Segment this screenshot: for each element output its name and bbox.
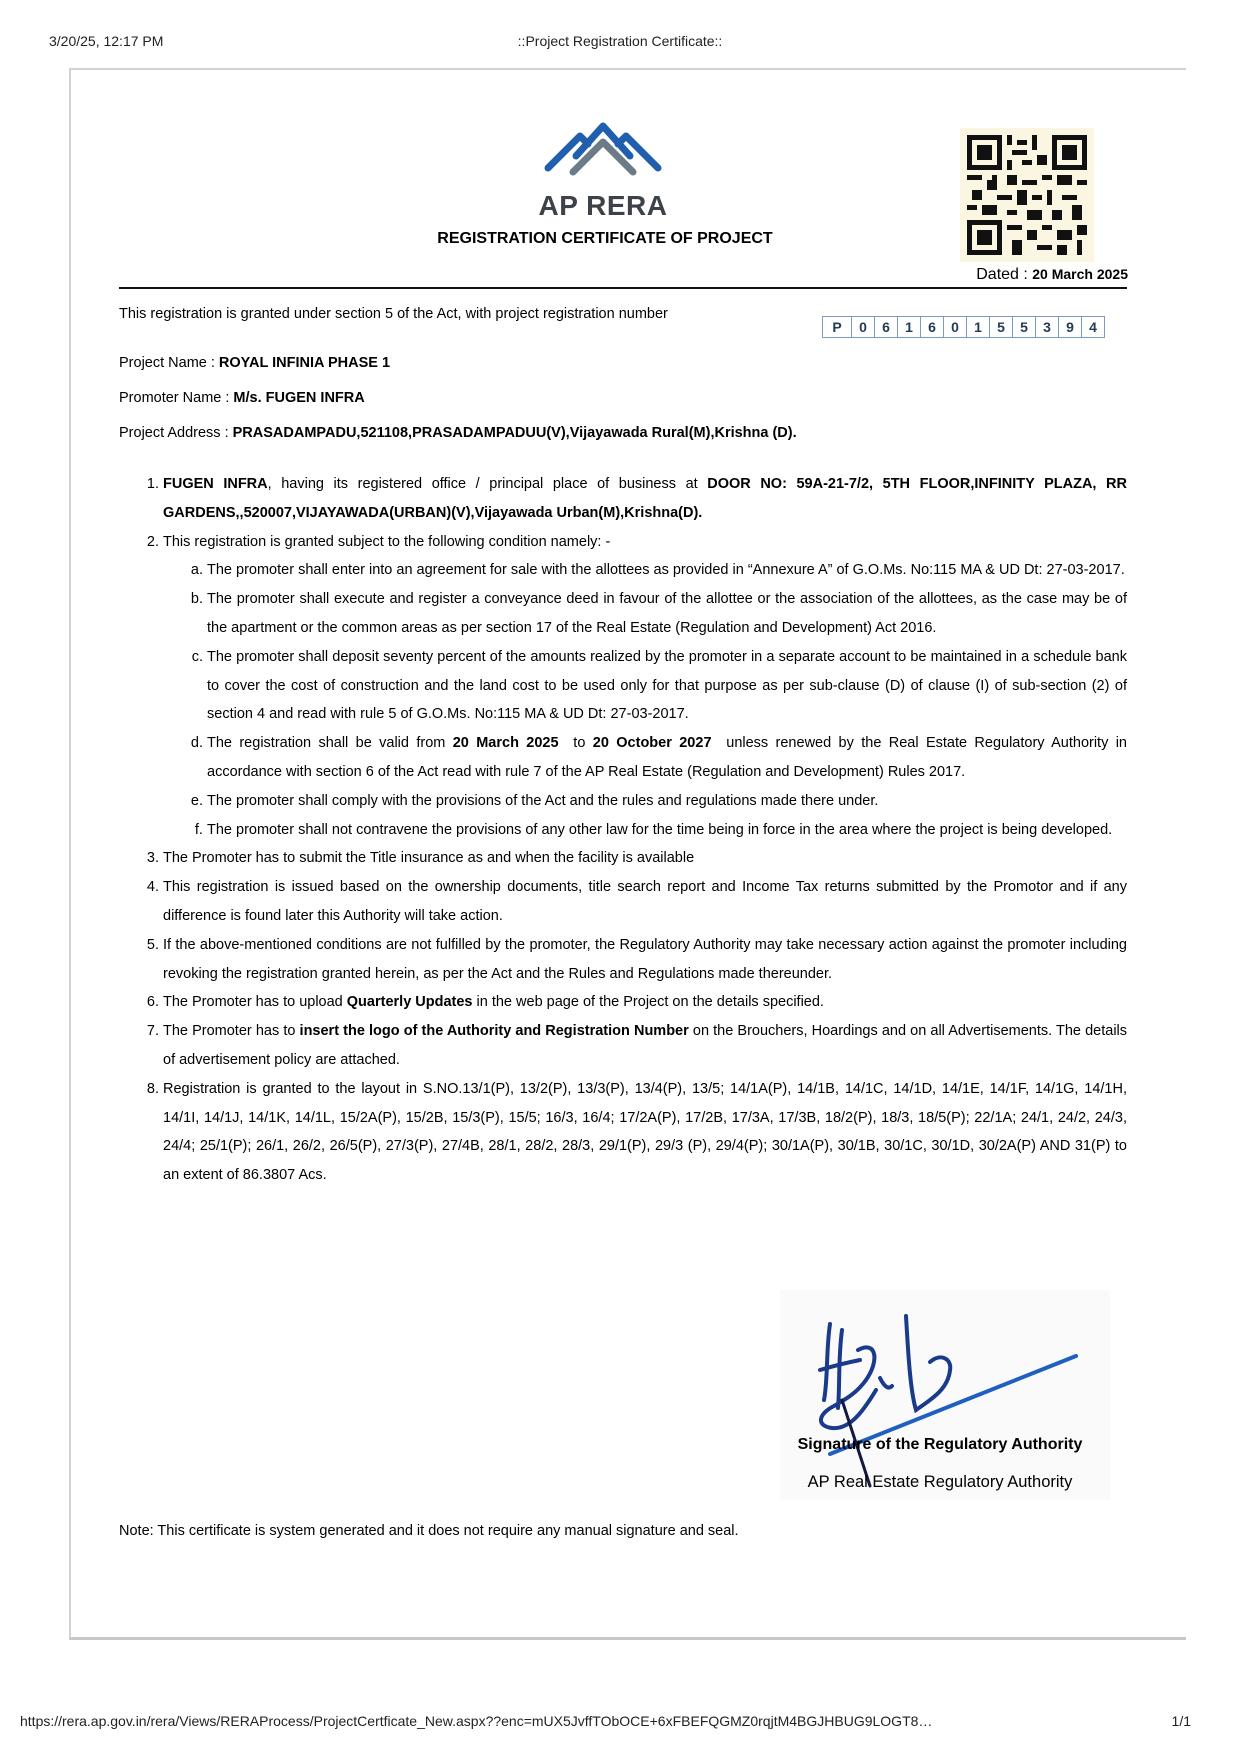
registration-number-char: 6 xyxy=(875,317,898,337)
condition-2c: The promoter shall deposit seventy perce… xyxy=(207,643,1127,729)
registration-number-char: 5 xyxy=(990,317,1013,337)
project-address-value: PRASADAMPADU,521108,PRASADAMPADUU(V),Vij… xyxy=(233,425,797,441)
page-number: 1/1 xyxy=(1172,1713,1191,1729)
condition-5: If the above-mentioned conditions are no… xyxy=(163,931,1127,989)
header-divider xyxy=(119,287,1127,289)
registration-intro: This registration is granted under secti… xyxy=(119,306,668,322)
condition-2-text: This registration is granted subject to … xyxy=(163,534,610,550)
dated-value: 20 March 2025 xyxy=(1032,266,1128,282)
logo-registration-bold: insert the logo of the Authority and Reg… xyxy=(300,1023,689,1039)
registration-number-char: 3 xyxy=(1036,317,1059,337)
validity-text-2: to xyxy=(559,735,593,751)
conditions-list: FUGEN INFRA, having its registered offic… xyxy=(119,470,1127,1190)
condition-2: This registration is granted subject to … xyxy=(163,528,1127,845)
registration-number-char: 1 xyxy=(967,317,990,337)
condition-2a: The promoter shall enter into an agreeme… xyxy=(207,556,1127,585)
condition-1: FUGEN INFRA, having its registered offic… xyxy=(163,470,1127,528)
promoter-name-value: M/s. FUGEN INFRA xyxy=(233,390,364,406)
valid-to-date: 20 October 2027 xyxy=(593,735,712,751)
signature-icon xyxy=(780,1290,1110,1500)
registration-number-char: 4 xyxy=(1082,317,1105,337)
page-url[interactable]: https://rera.ap.gov.in/rera/Views/RERAPr… xyxy=(20,1713,932,1729)
valid-from-date: 20 March 2025 xyxy=(453,735,559,751)
qr-code-icon[interactable] xyxy=(960,128,1094,262)
condition-2b: The promoter shall execute and register … xyxy=(207,585,1127,643)
registration-number-char: 9 xyxy=(1059,317,1082,337)
registration-number-char: 0 xyxy=(944,317,967,337)
signature-organization: AP Real Estate Regulatory Authority xyxy=(770,1473,1110,1492)
condition-6: The Promoter has to upload Quarterly Upd… xyxy=(163,988,1127,1017)
project-name-field: Project Name : ROYAL INFINIA PHASE 1 xyxy=(119,355,390,371)
quarterly-updates-bold: Quarterly Updates xyxy=(347,994,473,1010)
condition-2d: The registration shall be valid from 20 … xyxy=(207,729,1127,787)
condition-7-text-1: The Promoter has to xyxy=(163,1023,300,1039)
condition-3: The Promoter has to submit the Title ins… xyxy=(163,844,1127,873)
condition-2f: The promoter shall not contravene the pr… xyxy=(207,816,1127,845)
condition-8: Registration is granted to the layout in… xyxy=(163,1075,1127,1190)
project-address-field: Project Address : PRASADAMPADU,521108,PR… xyxy=(119,425,797,441)
condition-6-text-2: in the web page of the Project on the de… xyxy=(473,994,824,1010)
validity-text-1: The registration shall be valid from xyxy=(207,735,453,751)
signature-title: Signature of the Regulatory Authority xyxy=(770,1436,1110,1454)
registration-number-char: 0 xyxy=(852,317,875,337)
condition-6-text-1: The Promoter has to upload xyxy=(163,994,347,1010)
condition-7: The Promoter has to insert the logo of t… xyxy=(163,1017,1127,1075)
condition-1-text: , having its registered office / princip… xyxy=(268,476,708,492)
registration-number-char: 6 xyxy=(921,317,944,337)
project-name-value: ROYAL INFINIA PHASE 1 xyxy=(219,355,390,371)
dated: Dated : 20 March 2025 xyxy=(976,266,1128,284)
logo-text: AP RERA xyxy=(528,190,678,222)
promoter-name-label: Promoter Name : xyxy=(119,390,233,406)
print-page-title: ::Project Registration Certificate:: xyxy=(0,33,1240,49)
system-generated-note: Note: This certificate is system generat… xyxy=(119,1523,739,1539)
promoter-bold: FUGEN INFRA xyxy=(163,476,268,492)
condition-4: This registration is issued based on the… xyxy=(163,873,1127,931)
project-address-label: Project Address : xyxy=(119,425,233,441)
project-name-label: Project Name : xyxy=(119,355,219,371)
promoter-name-field: Promoter Name : M/s. FUGEN INFRA xyxy=(119,390,365,406)
registration-number-char: P xyxy=(823,317,852,337)
registration-number-boxes: P06160155394 xyxy=(822,316,1105,338)
registration-number-char: 1 xyxy=(898,317,921,337)
dated-label: Dated : xyxy=(976,266,1032,283)
registration-number-char: 5 xyxy=(1013,317,1036,337)
certificate-title: REGISTRATION CERTIFICATE OF PROJECT xyxy=(380,230,830,248)
condition-2e: The promoter shall comply with the provi… xyxy=(207,787,1127,816)
